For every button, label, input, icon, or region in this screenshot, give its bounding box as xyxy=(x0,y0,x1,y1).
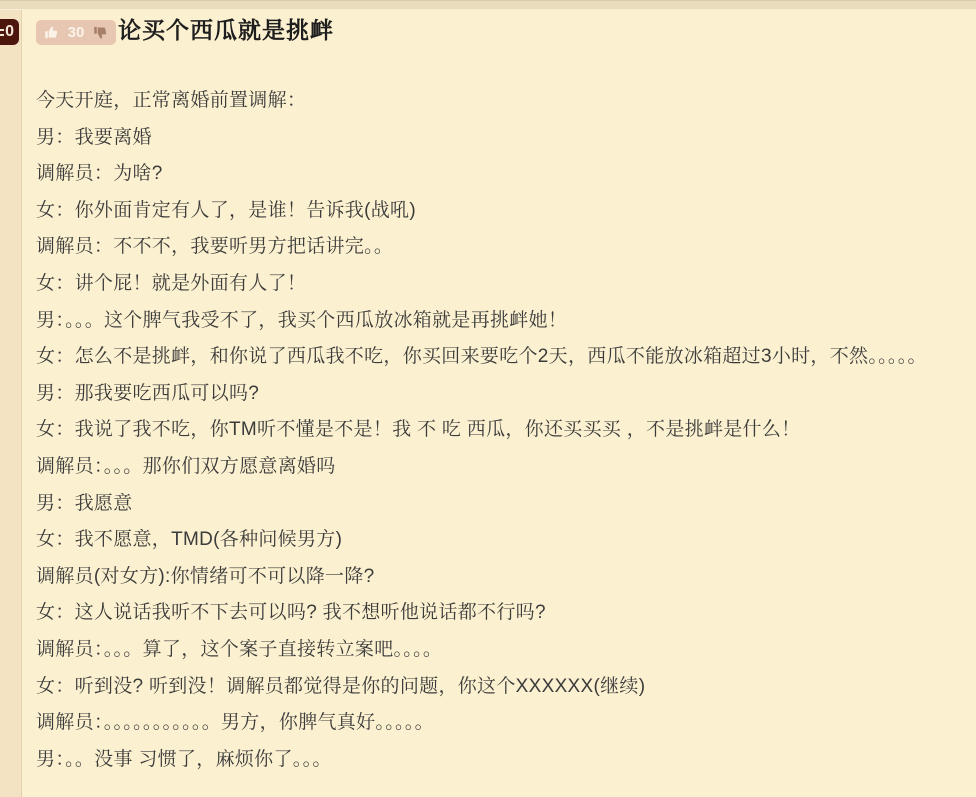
post-line: 调解员：。。。算了，这个案子直接转立案吧。。。。 xyxy=(36,632,970,669)
post-line: 女：讲个屁！就是外面有人了！ xyxy=(36,266,970,303)
post-line: 调解员(对女方):你情绪可不可以降一降? xyxy=(36,559,970,596)
post-line: 男：。。没事 习惯了，麻烦你了。。。 xyxy=(36,742,970,779)
post-body: 今天开庭，正常离婚前置调解：男：我要离婚调解员：为啥?女：你外面肯定有人了，是谁… xyxy=(36,83,970,778)
left-gutter xyxy=(0,10,22,797)
post-line: 女：我说了我不吃，你TM听不懂是不是！我 不 吃 西瓜，你还买买买 ，不是挑衅是… xyxy=(36,412,970,449)
post-line: 今天开庭，正常离婚前置调解： xyxy=(36,83,970,120)
post-line: 调解员：。。。。。。。。。。。男方，你脾气真好。。。。。 xyxy=(36,705,970,742)
thumbs-down-icon[interactable] xyxy=(93,25,108,40)
floor-badge: 0 xyxy=(0,19,19,45)
post-line: 女：你外面肯定有人了，是谁！告诉我(战吼) xyxy=(36,193,970,230)
post-line: 男：我要离婚 xyxy=(36,120,970,157)
floor-badge-value: 0 xyxy=(5,24,14,40)
upvote-count: 30 xyxy=(68,25,85,40)
post-line: 男：我愿意 xyxy=(36,486,970,523)
forum-post-page: { "colors": { "page_background": "#fbf0c… xyxy=(0,0,976,797)
post-title: 论买个西瓜就是挑衅 xyxy=(118,17,334,45)
top-separator-bar xyxy=(0,0,976,10)
clipped-glyph-fragment xyxy=(0,27,4,37)
post-line: 调解员：不不不，我要听男方把话讲完。。 xyxy=(36,229,970,266)
thumbs-up-icon[interactable] xyxy=(44,25,59,40)
post-line: 调解员：。。。那你们双方愿意离婚吗 xyxy=(36,449,970,486)
post-line: 女：听到没? 听到没！调解员都觉得是你的问题，你这个XXXXXX(继续) xyxy=(36,669,970,706)
post-line: 男：那我要吃西瓜可以吗? xyxy=(36,376,970,413)
post-line: 女：怎么不是挑衅，和你说了西瓜我不吃，你买回来要吃个2天，西瓜不能放冰箱超过3小… xyxy=(36,339,970,376)
post-line: 女：这人说话我听不下去可以吗? 我不想听他说话都不行吗? xyxy=(36,595,970,632)
post-line: 女：我不愿意，TMD(各种问候男方) xyxy=(36,522,970,559)
post-line: 调解员：为啥? xyxy=(36,156,970,193)
post-line: 男：。。。这个脾气我受不了，我买个西瓜放冰箱就是再挑衅她！ xyxy=(36,303,970,340)
vote-pill[interactable]: 30 xyxy=(36,20,116,45)
